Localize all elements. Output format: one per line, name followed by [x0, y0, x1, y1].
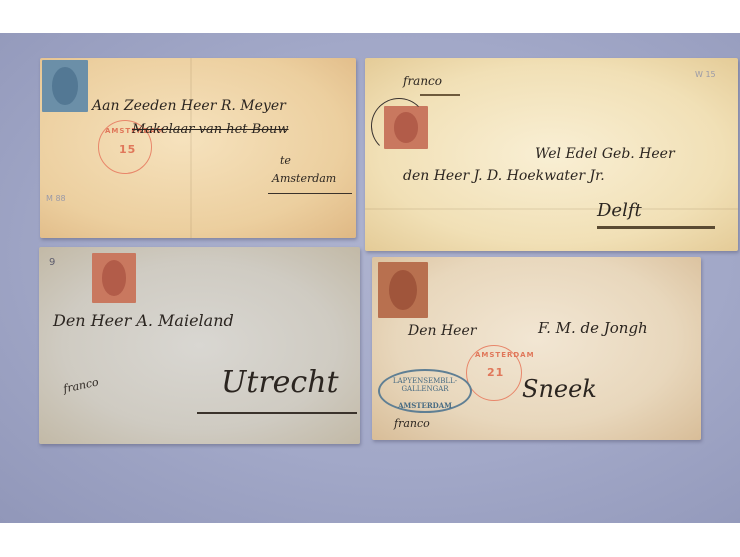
pencil-note: M 88	[46, 194, 66, 203]
address-line-2: den Heer J. D. Hoekwater Jr.	[403, 168, 605, 184]
underline	[597, 226, 715, 229]
black-postmark	[371, 98, 427, 154]
pencil-note: 9	[49, 257, 55, 268]
underline	[268, 193, 352, 194]
address-line-1: Den Heer	[408, 323, 476, 339]
blue-stamp	[42, 60, 88, 112]
underline	[420, 94, 460, 96]
address-line-2: F. M. de Jongh	[538, 319, 648, 337]
postal-cover-bottom-left: 9 Den Heer A. Maieland franco Utrecht	[39, 247, 360, 444]
red-postmark: AMSTERDAM 21	[466, 345, 522, 401]
address-line-2: Makelaar van het Bouw	[132, 122, 289, 137]
red-stamp	[92, 253, 136, 303]
underline	[197, 412, 357, 414]
postal-cover-top-left: AMSTERDAM 15 Aan Zeeden Heer R. Meyer Ma…	[40, 58, 356, 238]
fold-line	[365, 208, 738, 210]
red-stamp	[378, 262, 428, 318]
oval-cachet: LAPYENSEMBLL-GALLENGAR AMSTERDAM	[378, 369, 472, 413]
postal-cover-bottom-right: Den Heer F. M. de Jongh AMSTERDAM 21 LAP…	[372, 257, 701, 440]
franco-notation: franco	[394, 417, 430, 430]
address-line-2: Utrecht	[221, 365, 339, 400]
address-line-1: Aan Zeeden Heer R. Meyer	[92, 98, 286, 114]
address-line-1: Den Heer A. Maieland	[53, 311, 234, 330]
address-line-1: Wel Edel Geb. Heer	[535, 146, 675, 162]
franco-notation: franco	[62, 375, 100, 395]
pencil-note: W 15	[695, 70, 716, 79]
fold-line	[190, 58, 192, 238]
king-portrait-icon	[389, 270, 417, 310]
king-portrait-icon	[52, 67, 78, 104]
address-line-3: te	[280, 154, 291, 167]
franco-notation: franco	[403, 74, 442, 88]
postal-cover-top-right: franco W 15 Wel Edel Geb. Heer den Heer …	[365, 58, 738, 251]
address-line-3: Delft	[597, 200, 642, 221]
address-line-3: Sneek	[522, 375, 597, 403]
address-line-4: Amsterdam	[272, 172, 336, 185]
king-portrait-icon	[102, 260, 127, 296]
